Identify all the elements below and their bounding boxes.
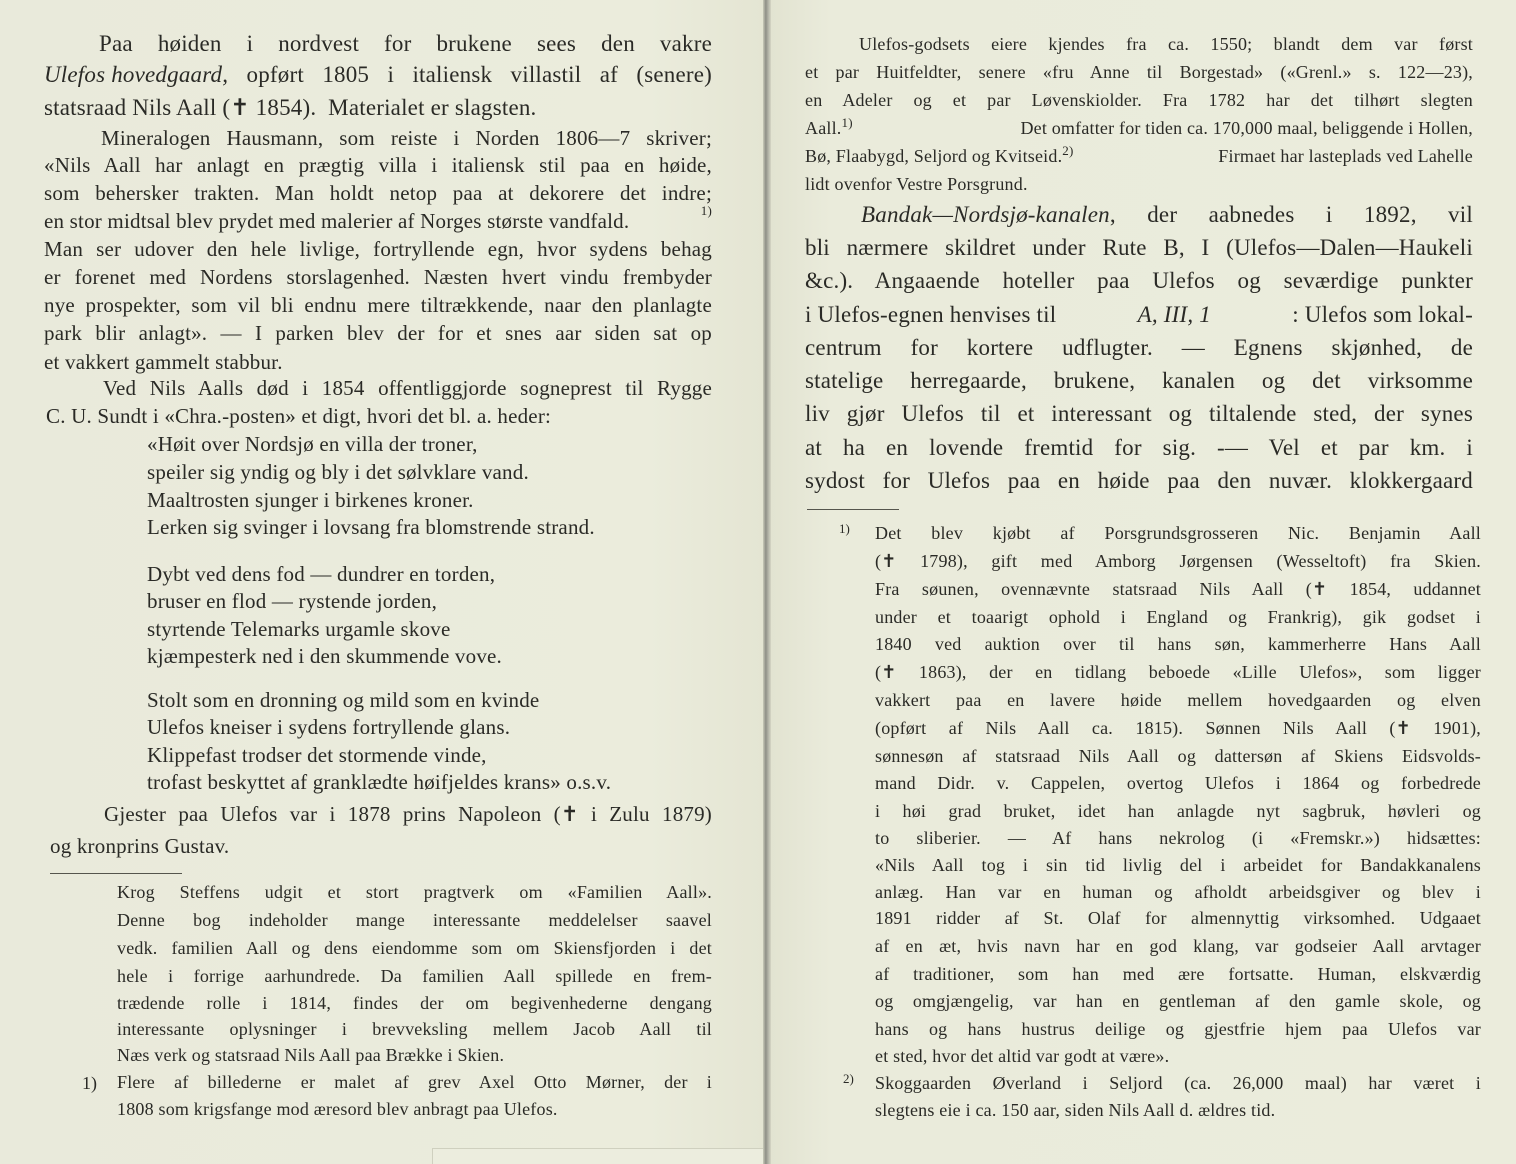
footnote-line: Næs verk og statsraad Nils Aall paa Bræk… xyxy=(117,1046,504,1064)
poem-line: bruser en flod — rystende jorden, xyxy=(147,591,437,612)
poem-line: speiler sig yndig og bly i det sølvklare… xyxy=(147,462,529,483)
footnote-line: af traditioner, som han med ære fortsatt… xyxy=(875,965,1481,983)
footnote-line: interessante oplysninger i brevveksling … xyxy=(117,1020,712,1038)
text-line: i Ulefos-egnen henvises til A, III, 1 : … xyxy=(805,303,1473,326)
footnote-line: hans og hans hustrus deilige og gjestfri… xyxy=(875,1020,1481,1038)
text-line: sydost for Ulefos paa en høide paa den n… xyxy=(805,469,1473,492)
text-line: centrum for kortere udflugter. — Egnens … xyxy=(805,336,1473,359)
footnote-line: slegtens eie i ca. 150 aar, siden Nils A… xyxy=(875,1101,1275,1119)
footnote-ref[interactable]: 1) xyxy=(701,211,712,232)
page-underneath-edge xyxy=(432,1148,765,1164)
text-line: liv gjør Ulefos til et interessant og ti… xyxy=(805,402,1473,425)
footnote-line: «Nils Aall tog i sin tid livlig del i ar… xyxy=(875,856,1481,874)
text-line: og kronprins Gustav. xyxy=(50,836,229,857)
poem-line: «Høit over Nordsjø en villa der troner, xyxy=(147,434,478,455)
footnote-line: et sted, hvor det altid var godt at være… xyxy=(875,1047,1169,1065)
footnote-line: to sliberier. — Af hans nekrolog (i «Fre… xyxy=(875,829,1481,847)
text-line: nye prospekter, som vil bli endnu mere t… xyxy=(44,295,712,316)
footnote-line: Fra søunen, ovennævnte statsraad Nils Aa… xyxy=(875,580,1481,598)
footnote-line: 1840 ved auktion over til hans søn, kamm… xyxy=(875,635,1481,653)
left-page: Paa høiden i nordvest for brukene sees d… xyxy=(0,0,763,1164)
text-line: «Nils Aall har anlagt en prægtig villa i… xyxy=(44,155,712,176)
text-line: Bandak—Nordsjø-kanalen, deraabnedesi1892… xyxy=(861,203,1473,226)
footnote-line: Denne bog indeholder mange interessante … xyxy=(117,911,712,929)
poem-line: Lerken sig svinger i lovsang fra blomstr… xyxy=(147,517,595,538)
text-line: et vakkert gammelt stabbur. xyxy=(44,352,283,373)
footnote-mark: 1) xyxy=(82,1073,97,1094)
footnote-ref[interactable]: 2) xyxy=(1062,143,1073,158)
text-line: er forenet med Nordens storslagenhed. Næ… xyxy=(44,267,712,288)
italic-place-name: Ulefos hovedgaard, xyxy=(44,63,228,86)
footnote-divider xyxy=(807,509,899,510)
italic-canal-name: Bandak—Nordsjø-kanalen xyxy=(861,202,1110,227)
text-line: Gjester paa Ulefos var i 1878 prins Napo… xyxy=(104,804,712,825)
text-line: Man ser udover den hele livlige, fortryl… xyxy=(44,239,712,260)
text-line: &c.). Angaaende hoteller paa Ulefos og s… xyxy=(805,269,1473,292)
footnote-line: (✝ 1798), gift med Amborg Jørgensen (Wes… xyxy=(875,552,1481,570)
poem-line: Stolt som en dronning og mild som en kvi… xyxy=(147,690,539,711)
text-line: et par Huitfeldter, senere «fru Anne til… xyxy=(805,63,1473,81)
poem-line: Klippefast trodser det stormende vinde, xyxy=(147,745,487,766)
poem-line: styrtende Telemarks urgamle skove xyxy=(147,619,451,640)
poem-line: trofast beskyttet af granklædte høifjeld… xyxy=(147,772,611,793)
book-spread: Paa høiden i nordvest for brukene sees d… xyxy=(0,0,1516,1164)
text-line: en stor midtsal blev prydet med malerier… xyxy=(44,211,712,232)
text-line: at ha en lovende fremtid for sig. -— Vel… xyxy=(805,436,1473,459)
footnote-line: mand Didr. v. Cappelen, overtog Ulefos i… xyxy=(875,774,1481,792)
text-line: C. U. Sundt i «Chra.-posten» et digt, hv… xyxy=(46,406,551,427)
text-line: en Adeler og et par Løvenskiolder. Fra 1… xyxy=(805,91,1473,109)
poem-line: Dybt ved dens fod — dundrer en torden, xyxy=(147,564,495,585)
text-line: Aall.1) Det omfatter for tiden ca. 170,0… xyxy=(805,119,1473,137)
footnote-line: i høi grad bruket, idet han anlagde nyt … xyxy=(875,802,1481,820)
text-line: som behersker trakten. Man holdt netop p… xyxy=(44,183,712,204)
footnote-ref[interactable]: 1) xyxy=(842,115,853,130)
text-line: Bø, Flaabygd, Seljord og Kvitseid.2) Fir… xyxy=(805,147,1473,165)
footnote-divider xyxy=(50,873,182,874)
text-line: Mineralogen Hausmann, som reiste i Norde… xyxy=(101,128,712,149)
poem-line: Ulefos kneiser i sydens fortryllende gla… xyxy=(147,717,510,738)
footnote-line: Krog Steffens udgit et stort pragtverk o… xyxy=(117,883,712,901)
footnote-line: (opført af Nils Aall ca. 1815). Sønnen N… xyxy=(875,719,1481,737)
footnote-line: 1808 som krigsfange mod æresord blev anb… xyxy=(117,1100,558,1118)
footnote-line: anlæg. Han var en human og afholdt arbei… xyxy=(875,883,1481,901)
text-line: bli nærmere skildret under Rute B, I (Ul… xyxy=(805,236,1473,259)
footnote-line: og omgjængelig, var han en gentleman af … xyxy=(875,992,1481,1010)
footnote-line: trædende rolle i 1814, findes der om beg… xyxy=(117,994,712,1012)
text-line: Ved Nils Aalls død i 1854 offentliggjord… xyxy=(103,378,712,399)
footnote-line: 1891 ridder af St. Olaf for almennyttig … xyxy=(875,909,1481,927)
footnote-line: Det blev kjøbt af Porsgrundsgrosseren Ni… xyxy=(875,524,1481,542)
footnote-line: sønnesøn af statsraad Nils Aall og datte… xyxy=(875,747,1481,765)
right-page: Ulefos-godsets eiere kjendes fra ca. 155… xyxy=(771,0,1516,1164)
text-line: lidt ovenfor Vestre Porsgrund. xyxy=(805,175,1028,193)
book-gutter xyxy=(763,0,771,1164)
footnote-line: vakkert paa en lavere høide mellem hoved… xyxy=(875,691,1481,709)
text-line: statsraad Nils Aall (✝ 1854). Materialet… xyxy=(44,96,537,119)
footnote-line: af en æt, hvis navn har en god klang, va… xyxy=(875,937,1481,955)
footnote-line: vedk. familien Aall og dens eiendomme so… xyxy=(117,939,712,957)
footnote-line: Flere af billederne er malet af grev Axe… xyxy=(117,1073,712,1091)
footnote-mark: 1) xyxy=(839,524,850,545)
poem-line: Maaltrosten sjunger i birkenes kroner. xyxy=(147,490,474,511)
text-line: park blir anlagt». — I parken blev der f… xyxy=(44,323,712,344)
footnote-mark: 2) xyxy=(843,1074,854,1095)
text-line: Ulefos-godsets eiere kjendes fra ca. 155… xyxy=(859,35,1473,53)
footnote-line: hele i forrige aarhundrede. Da familien … xyxy=(117,967,712,985)
cross-reference[interactable]: A, III, 1 xyxy=(1138,303,1211,326)
poem-line: kjæmpesterk ned i den skummende vove. xyxy=(147,646,502,667)
footnote-line: Skoggaarden Øverland i Seljord (ca. 26,0… xyxy=(875,1074,1481,1092)
text-line: Paa høiden i nordvest for brukene sees d… xyxy=(99,32,712,55)
footnote-line: under et toaarigt ophold i England og Fr… xyxy=(875,608,1481,626)
footnote-line: (✝ 1863), der en tidlang beboede «Lille … xyxy=(875,663,1481,681)
text-line: statelige herregaarde, brukene, kanalen … xyxy=(805,369,1473,392)
text-line: Ulefos hovedgaard, opført1805iitalienskv… xyxy=(44,63,712,86)
